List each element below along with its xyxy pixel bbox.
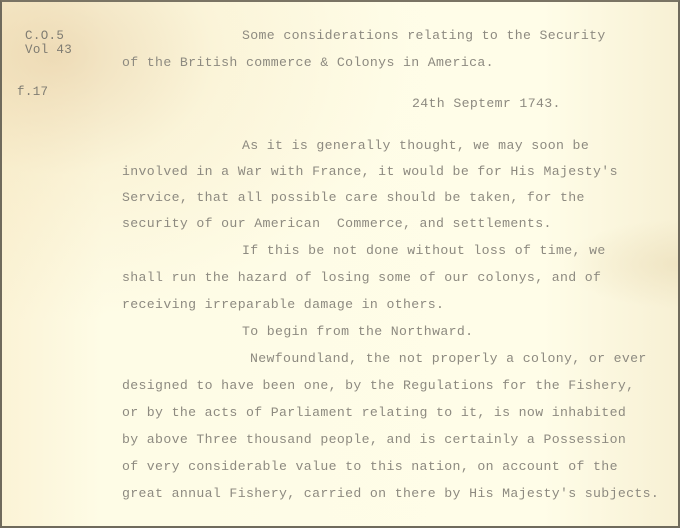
body-line: receiving irreparable damage in others. [122, 297, 444, 313]
body-line: or by the acts of Parliament relating to… [122, 405, 626, 421]
volume-reference: Vol 43 [25, 42, 72, 58]
body-line: Service, that all possible care should b… [122, 190, 585, 206]
title-line-1: Some considerations relating to the Secu… [242, 28, 606, 44]
body-line: To begin from the Northward. [242, 324, 473, 340]
body-line: of very considerable value to this natio… [122, 459, 618, 475]
title-line-2: of the British commerce & Colonys in Ame… [122, 55, 494, 71]
folio-reference: f.17 [17, 84, 48, 100]
document-page: C.O.5 Vol 43 f.17 Some considerations re… [0, 0, 680, 528]
body-line: by above Three thousand people, and is c… [122, 432, 626, 448]
body-line: As it is generally thought, we may soon … [242, 138, 589, 154]
document-date: 24th Septemr 1743. [412, 96, 561, 112]
body-line: Newfoundland, the not properly a colony,… [250, 351, 647, 367]
body-line: If this be not done without loss of time… [242, 243, 606, 259]
body-line: involved in a War with France, it would … [122, 164, 618, 180]
body-line: great annual Fishery, carried on there b… [122, 486, 659, 502]
body-line: designed to have been one, by the Regula… [122, 378, 634, 394]
body-line: shall run the hazard of losing some of o… [122, 270, 601, 286]
body-line: security of our American Commerce, and s… [122, 216, 552, 232]
